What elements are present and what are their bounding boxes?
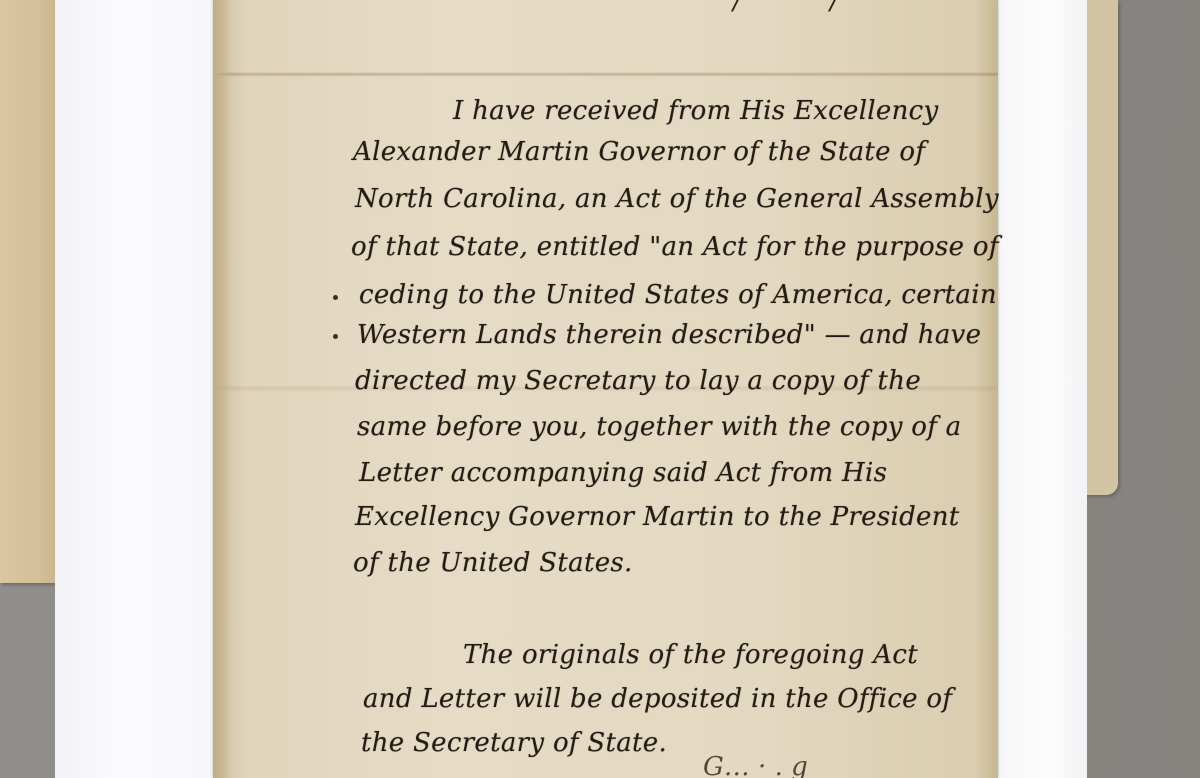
letter-line: Western Lands therein described" — and h…	[357, 320, 981, 350]
adjacent-document-left	[0, 0, 56, 583]
letter-line: Letter accompanying said Act from His	[359, 458, 887, 488]
letter-line: ceding to the United States of America, …	[359, 280, 997, 310]
letter-line: the Secretary of State.	[361, 728, 667, 758]
margin-mark	[333, 334, 338, 339]
letter-line: Alexander Martin Governor of the State o…	[353, 137, 925, 167]
letter-line: of that State, entitled "an Act for the …	[351, 232, 999, 262]
letter-line: of the United States.	[353, 548, 633, 578]
letter-line: same before you, together with the copy …	[357, 412, 961, 442]
margin-mark	[333, 295, 338, 300]
letter-line: Excellency Governor Martin to the Presid…	[355, 502, 960, 532]
white-mat-left	[55, 0, 217, 778]
letter-line: directed my Secretary to lay a copy of t…	[355, 366, 921, 396]
handwritten-letter: / / I have received from His Excellency …	[213, 0, 998, 778]
letter-body: I have received from His Excellency Alex…	[213, 0, 998, 778]
letter-line: and Letter will be deposited in the Offi…	[363, 684, 952, 714]
signature-fragment: G… · . g	[703, 752, 808, 778]
white-mat-right	[995, 0, 1087, 778]
letter-line: The originals of the foregoing Act	[463, 640, 918, 670]
letter-line: North Carolina, an Act of the General As…	[355, 184, 999, 214]
letter-line: I have received from His Excellency	[453, 96, 939, 126]
